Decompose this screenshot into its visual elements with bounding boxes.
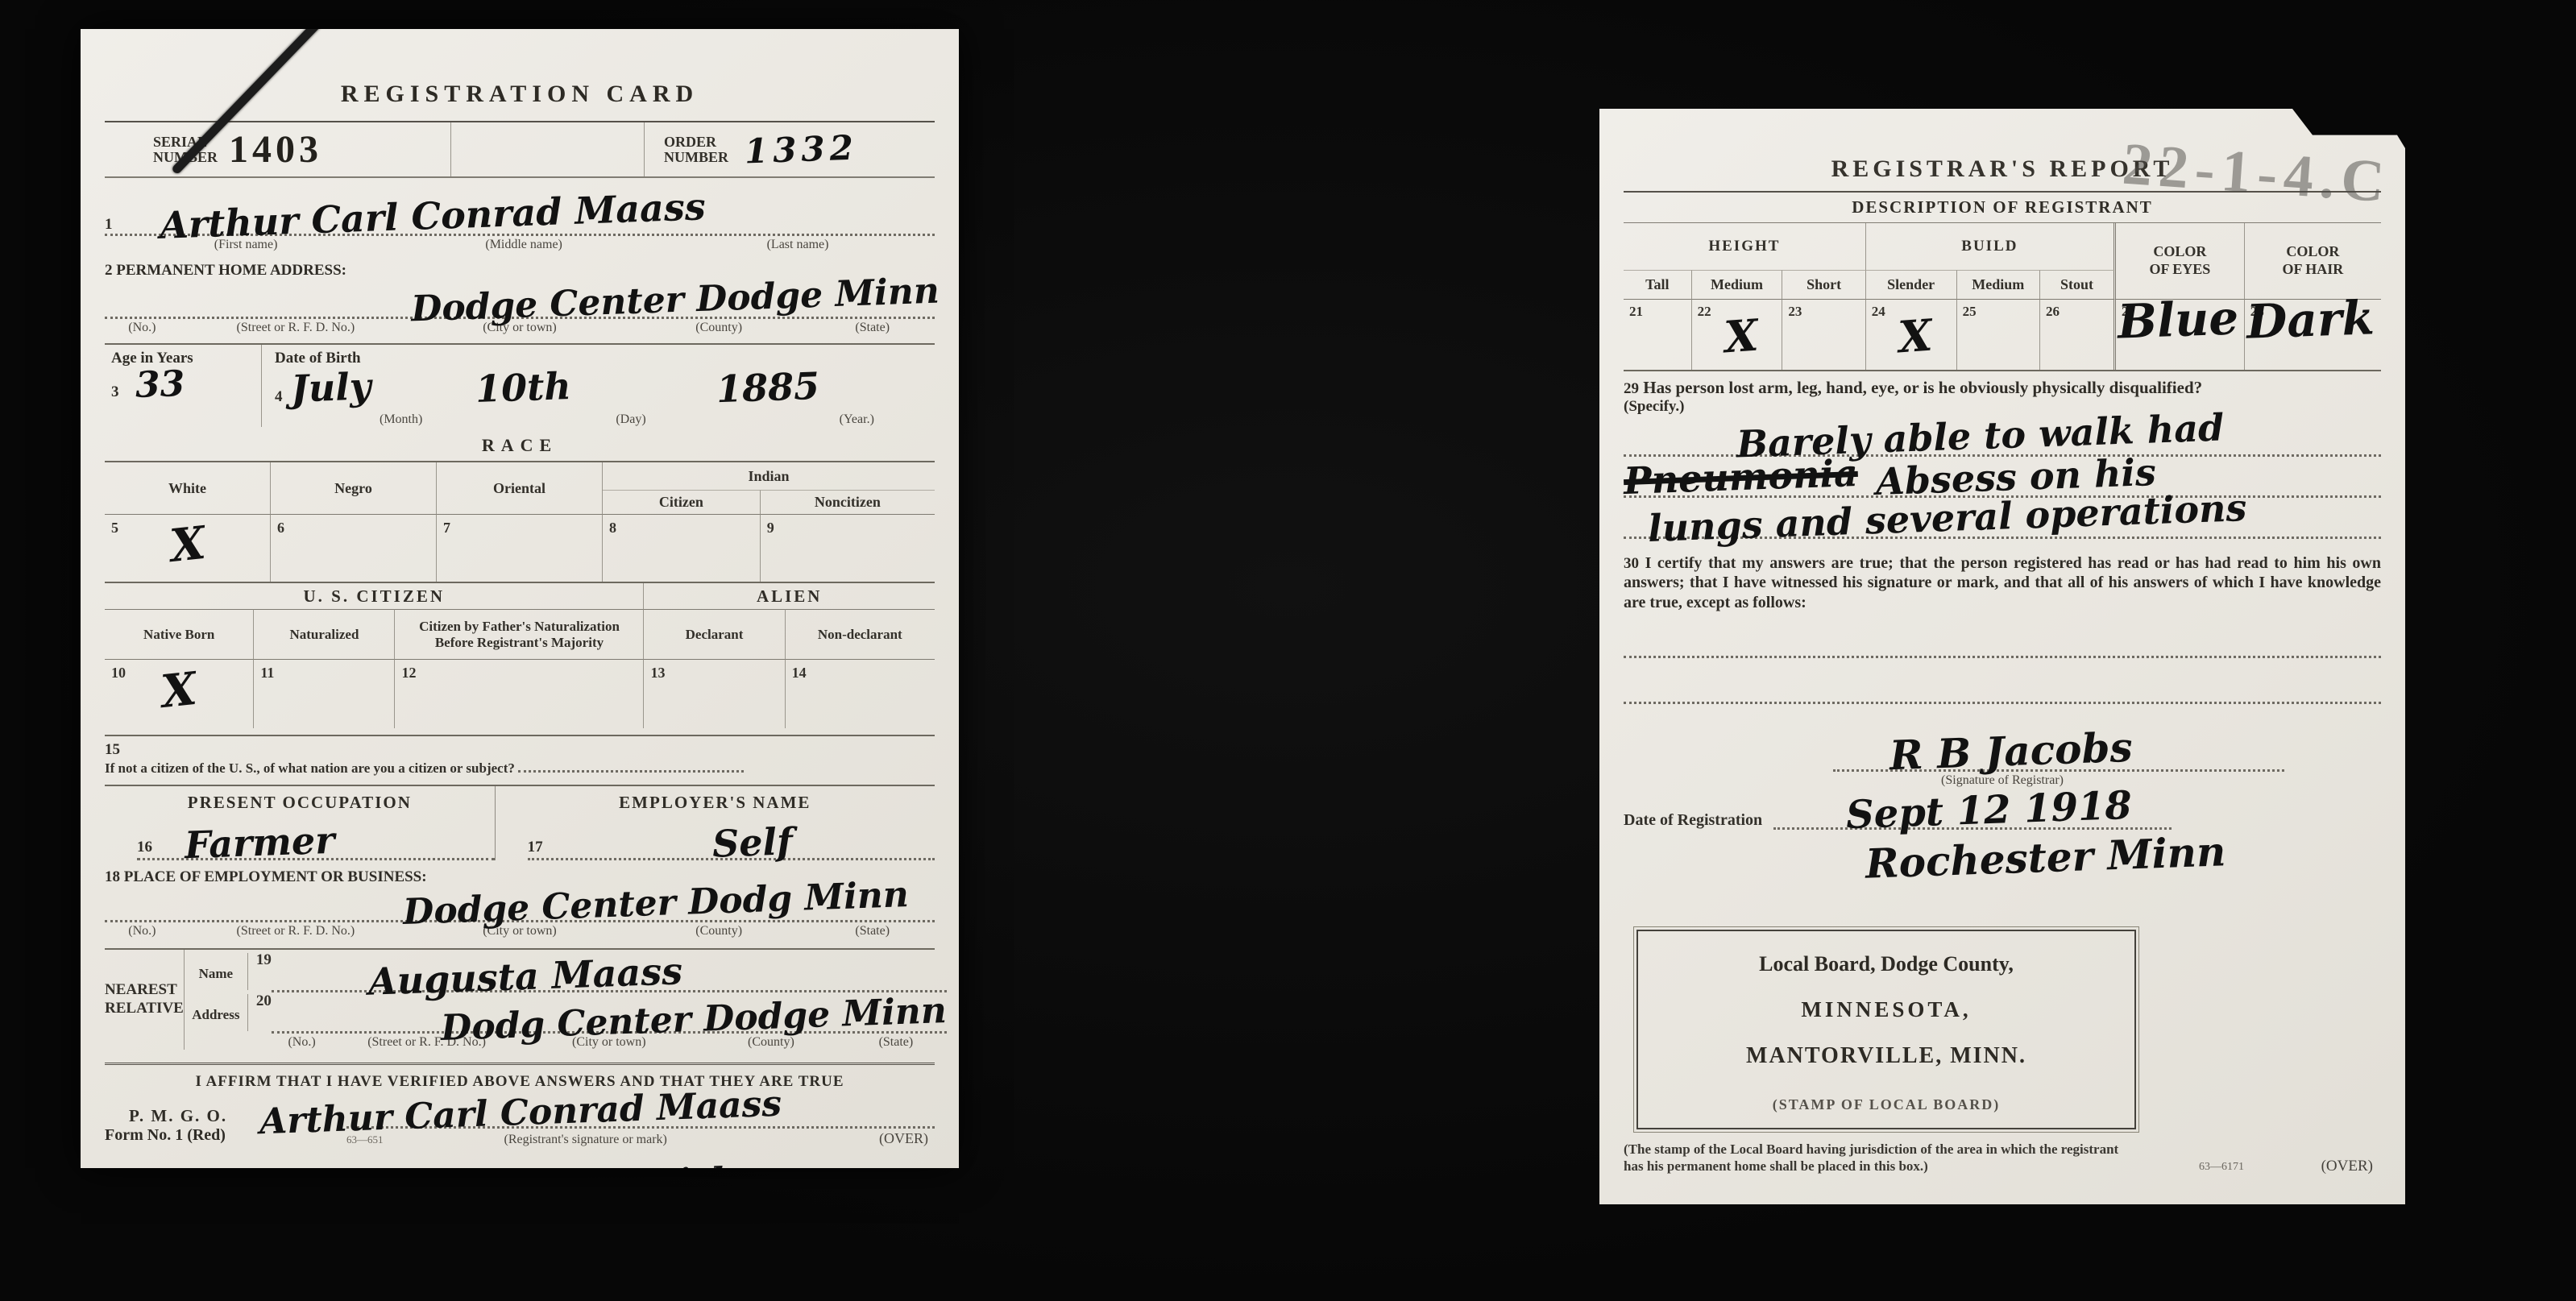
registrar-signature-label: (Signature of Registrar) (1624, 773, 2381, 788)
date-of-registration-row: Date of Registration Sept 12 1918 (1624, 791, 2381, 830)
home-address-field: 2 PERMANENT HOME ADDRESS: Dodge Center D… (105, 262, 935, 335)
signature-row: P. M. G. O. Arthur Carl Conrad Maass (105, 1096, 935, 1126)
race-section-header: RACE (105, 435, 935, 456)
pmgo-label: P. M. G. O. (129, 1106, 227, 1126)
his-mark-handwritten-note: His X Mark Sick (426, 1162, 735, 1168)
serial-order-row: SERIAL NUMBER 1403 ORDER NUMBER 1332 (105, 121, 935, 178)
race-cell-6: 6 (271, 514, 437, 582)
question-29: 29 Has person lost arm, leg, hand, eye, … (1624, 378, 2381, 539)
date-of-registration-label: Date of Registration (1624, 811, 1762, 830)
date-write-line: Sept 12 1918 (1773, 791, 2172, 830)
local-board-line-1: Local Board, Dodge County, (1646, 952, 2126, 976)
description-table-bottom-rule (1624, 370, 2381, 371)
citizen-cell-10: 10 X (105, 659, 254, 728)
desc-cell-28: 28 Dark (2245, 299, 2381, 370)
order-number-value: 1332 (744, 131, 858, 168)
serial-number-cell: SERIAL NUMBER 1403 (105, 122, 451, 176)
build-option-medium: Medium (1957, 270, 2040, 299)
race-white-x-mark: X (168, 520, 207, 569)
question-number-20: 20 (256, 992, 272, 1010)
dob-handwritten-values: 4 July 10th 1885 (275, 369, 935, 406)
order-number-cell: ORDER NUMBER 1332 (645, 122, 935, 176)
desc-cell-23: 23 (1782, 299, 1865, 370)
height-medium-x-mark: X (1723, 313, 1760, 359)
affirmation-statement: I AFFIRM THAT I HAVE VERIFIED ABOVE ANSW… (105, 1063, 935, 1091)
native-born-x-mark: X (160, 666, 199, 715)
occupation-value-line: 16 Farmer (137, 824, 495, 860)
citizen-cell-11: 11 (254, 659, 395, 728)
serial-row-spacer (451, 122, 645, 176)
question-number-2: 2 (105, 262, 113, 279)
race-option-oriental: Oriental (437, 462, 603, 514)
question-number-30: 30 (1624, 555, 1639, 572)
build-header: BUILD (1866, 223, 2116, 270)
question-29-answer-line-1: Barely able to walk had (1624, 417, 2381, 457)
description-table: HEIGHT BUILD COLOR OF EYES COLOR OF HAIR… (1624, 223, 2381, 370)
question-number-15: 15 (105, 741, 935, 759)
citizenship-table: U. S. CITIZEN ALIEN Native Born Naturali… (105, 583, 935, 728)
registration-card-title: REGISTRATION CARD (105, 81, 935, 108)
citizen-option-naturalized: Naturalized (254, 609, 395, 659)
order-number-label: ORDER NUMBER (664, 135, 728, 165)
question-number-29: 29 (1624, 380, 1639, 397)
citizen-cell-14: 14 (786, 659, 935, 728)
citizen-option-native-born: Native Born (105, 609, 254, 659)
exception-write-line-2 (1624, 658, 2381, 704)
color-of-hair-header: COLOR OF HAIR (2245, 223, 2381, 299)
home-address-handwritten-value: Dodge Center Dodge Minn (410, 274, 940, 328)
dob-cell: Date of Birth 4 July 10th 1885 (Month) (… (262, 345, 935, 427)
build-slender-x-mark: X (1897, 313, 1934, 359)
desc-cell-21: 21 (1624, 299, 1692, 370)
question-number-16: 16 (137, 839, 152, 856)
question-29-text-line: 29 Has person lost arm, leg, hand, eye, … (1624, 378, 2381, 398)
eye-color-handwritten-value: Blue (2117, 294, 2239, 345)
employer-header: EMPLOYER'S NAME (496, 793, 935, 813)
over-label-left: (OVER) (879, 1130, 928, 1147)
color-of-eyes-header: COLOR OF EYES (2116, 223, 2245, 299)
employer-cell: EMPLOYER'S NAME 17 Self (496, 786, 935, 860)
age-handwritten-value: 33 (135, 367, 185, 404)
form-print-code-right: 63—6171 (2199, 1161, 2244, 1174)
occupation-handwritten-value: Farmer (184, 822, 335, 864)
nearest-relative-block: NEAREST RELATIVE Name 19 Augusta Maass A… (105, 948, 935, 1050)
citizen-cell-12: 12 (395, 659, 644, 728)
race-option-indian: Indian (603, 462, 935, 490)
hair-color-handwritten-value: Dark (2246, 294, 2375, 346)
desc-cell-25: 25 (1957, 299, 2040, 370)
age-dob-row: Age in Years 3 33 Date of Birth 4 July 1… (105, 343, 935, 427)
registration-date-handwritten: Sept 12 1918 (1845, 786, 2132, 835)
relative-name-row: Name 19 Augusta Maass (185, 950, 947, 990)
age-header: Age in Years (111, 350, 261, 367)
dob-month-value: July (290, 367, 371, 407)
local-board-stamp-box: Local Board, Dodge County, MINNESOTA, MA… (1636, 930, 2136, 1129)
stamp-of-local-board-caption: (STAMP OF LOCAL BOARD) (1646, 1096, 2126, 1113)
height-header: HEIGHT (1624, 223, 1866, 270)
employer-value-line: 17 Self (528, 824, 935, 860)
struck-out-word: Pneumonia (1623, 454, 1858, 499)
alien-option-declarant: Declarant (644, 609, 785, 659)
local-board-line-3: MANTORVILLE, MINN. (1646, 1043, 2126, 1069)
stamp-box-instruction-note: (The stamp of the Local Board having jur… (1624, 1141, 2139, 1175)
desc-cell-26: 26 (2040, 299, 2116, 370)
question-15: 15 If not a citizen of the U. S., of wha… (105, 735, 935, 777)
question-29-answer-line-3: lungs and several operations (1624, 499, 2381, 539)
dob-sublabels: (Month) (Day) (Year.) (275, 412, 935, 427)
build-option-slender: Slender (1866, 270, 1957, 299)
registration-card: REGISTRATION CARD SERIAL NUMBER 1403 ORD… (81, 29, 959, 1168)
race-cell-7: 7 (437, 514, 603, 582)
nearest-relative-side-label: NEAREST RELATIVE (105, 950, 185, 1050)
citizen-cell-13: 13 (644, 659, 785, 728)
race-option-negro: Negro (271, 462, 437, 514)
report-footer: (The stamp of the Local Board having jur… (1624, 1141, 2381, 1175)
question-15-text: If not a citizen of the U. S., of what n… (105, 760, 515, 776)
desc-cell-27: 27 Blue (2116, 299, 2245, 370)
race-table: White Negro Oriental Indian Citizen Nonc… (105, 461, 935, 583)
race-cell-5: 5 X (105, 514, 271, 582)
question-number-17: 17 (528, 839, 543, 856)
relative-name-handwritten-value: Augusta Maass (367, 952, 682, 1001)
form-number-label: Form No. 1 (Red) (105, 1126, 226, 1145)
local-board-line-2: MINNESOTA, (1646, 997, 2126, 1022)
name-field: 1 Arthur Carl Conrad Maass (First name) … (105, 183, 935, 252)
age-cell: Age in Years 3 33 (105, 345, 262, 427)
nearest-relative-fields: Name 19 Augusta Maass Address 20 Dodg Ce… (185, 950, 947, 1050)
over-label-right: (OVER) (2321, 1158, 2373, 1175)
us-citizen-header: U. S. CITIZEN (105, 583, 644, 609)
dob-header: Date of Birth (275, 350, 935, 367)
desc-cell-24: 24 X (1866, 299, 1957, 370)
race-cell-8: 8 (603, 514, 761, 582)
home-address-label: PERMANENT HOME ADDRESS: (116, 262, 346, 279)
build-option-stout: Stout (2040, 270, 2116, 299)
question-number-18: 18 (105, 868, 120, 885)
question-number-1: 1 (105, 216, 113, 233)
height-option-short: Short (1782, 270, 1865, 299)
registration-place-handwritten: Rochester Minn (1865, 831, 2226, 885)
alien-option-non-declarant: Non-declarant (786, 609, 935, 659)
exception-write-line-1 (1624, 612, 2381, 658)
question-number-19: 19 (256, 951, 272, 969)
occupation-employer-row: PRESENT OCCUPATION 16 Farmer EMPLOYER'S … (105, 785, 935, 860)
scan-background: REGISTRATION CARD SERIAL NUMBER 1403 ORD… (0, 0, 2576, 1301)
desc-cell-22: 22 X (1692, 299, 1783, 370)
race-option-indian-noncitizen: Noncitizen (761, 490, 935, 514)
registrant-signature-label: (Registrant's signature or mark) (504, 1133, 667, 1147)
registrar-signature-block: R B Jacobs (Signature of Registrar) (1624, 707, 2381, 788)
question-29-answer-line-2: PneumoniaAbsess on his (1624, 458, 2381, 498)
question-15-write-line (518, 759, 744, 773)
dob-day-value: 10th (475, 367, 571, 408)
height-option-medium: Medium (1692, 270, 1783, 299)
relative-name-label: Name (185, 953, 248, 990)
occupation-header: PRESENT OCCUPATION (105, 793, 495, 813)
employment-place-handwritten-value: Dodge Center Dodg Minn (402, 877, 909, 930)
registrar-signature-handwritten: R B Jacobs (1889, 727, 2133, 776)
race-option-white: White (105, 462, 271, 514)
citizen-option-fathers-naturalization: Citizen by Father's Naturalization Befor… (395, 609, 644, 659)
question-number-4: 4 (275, 388, 283, 406)
relative-address-row: Address 20 Dodg Center Dodge Minn (185, 992, 947, 1031)
registrars-report-card: 22-1-4.C REGISTRAR'S REPORT DESCRIPTION … (1599, 109, 2405, 1204)
serial-number-value: 1403 (229, 127, 322, 172)
employment-place-field: 18 PLACE OF EMPLOYMENT OR BUSINESS: Dodg… (105, 868, 935, 938)
occupation-cell: PRESENT OCCUPATION 16 Farmer (105, 786, 496, 860)
question-30-certification: 30 I certify that my answers are true; t… (1624, 553, 2381, 612)
alien-header: ALIEN (644, 583, 934, 609)
race-cell-9: 9 (761, 514, 935, 582)
employment-place-label: PLACE OF EMPLOYMENT OR BUSINESS: (124, 868, 427, 885)
height-option-tall: Tall (1624, 270, 1692, 299)
race-option-indian-citizen: Citizen (603, 490, 761, 514)
relative-address-label: Address (185, 994, 248, 1031)
dob-year-value: 1885 (716, 367, 820, 408)
employer-handwritten-value: Self (711, 822, 793, 862)
question-number-3: 3 (111, 383, 119, 400)
